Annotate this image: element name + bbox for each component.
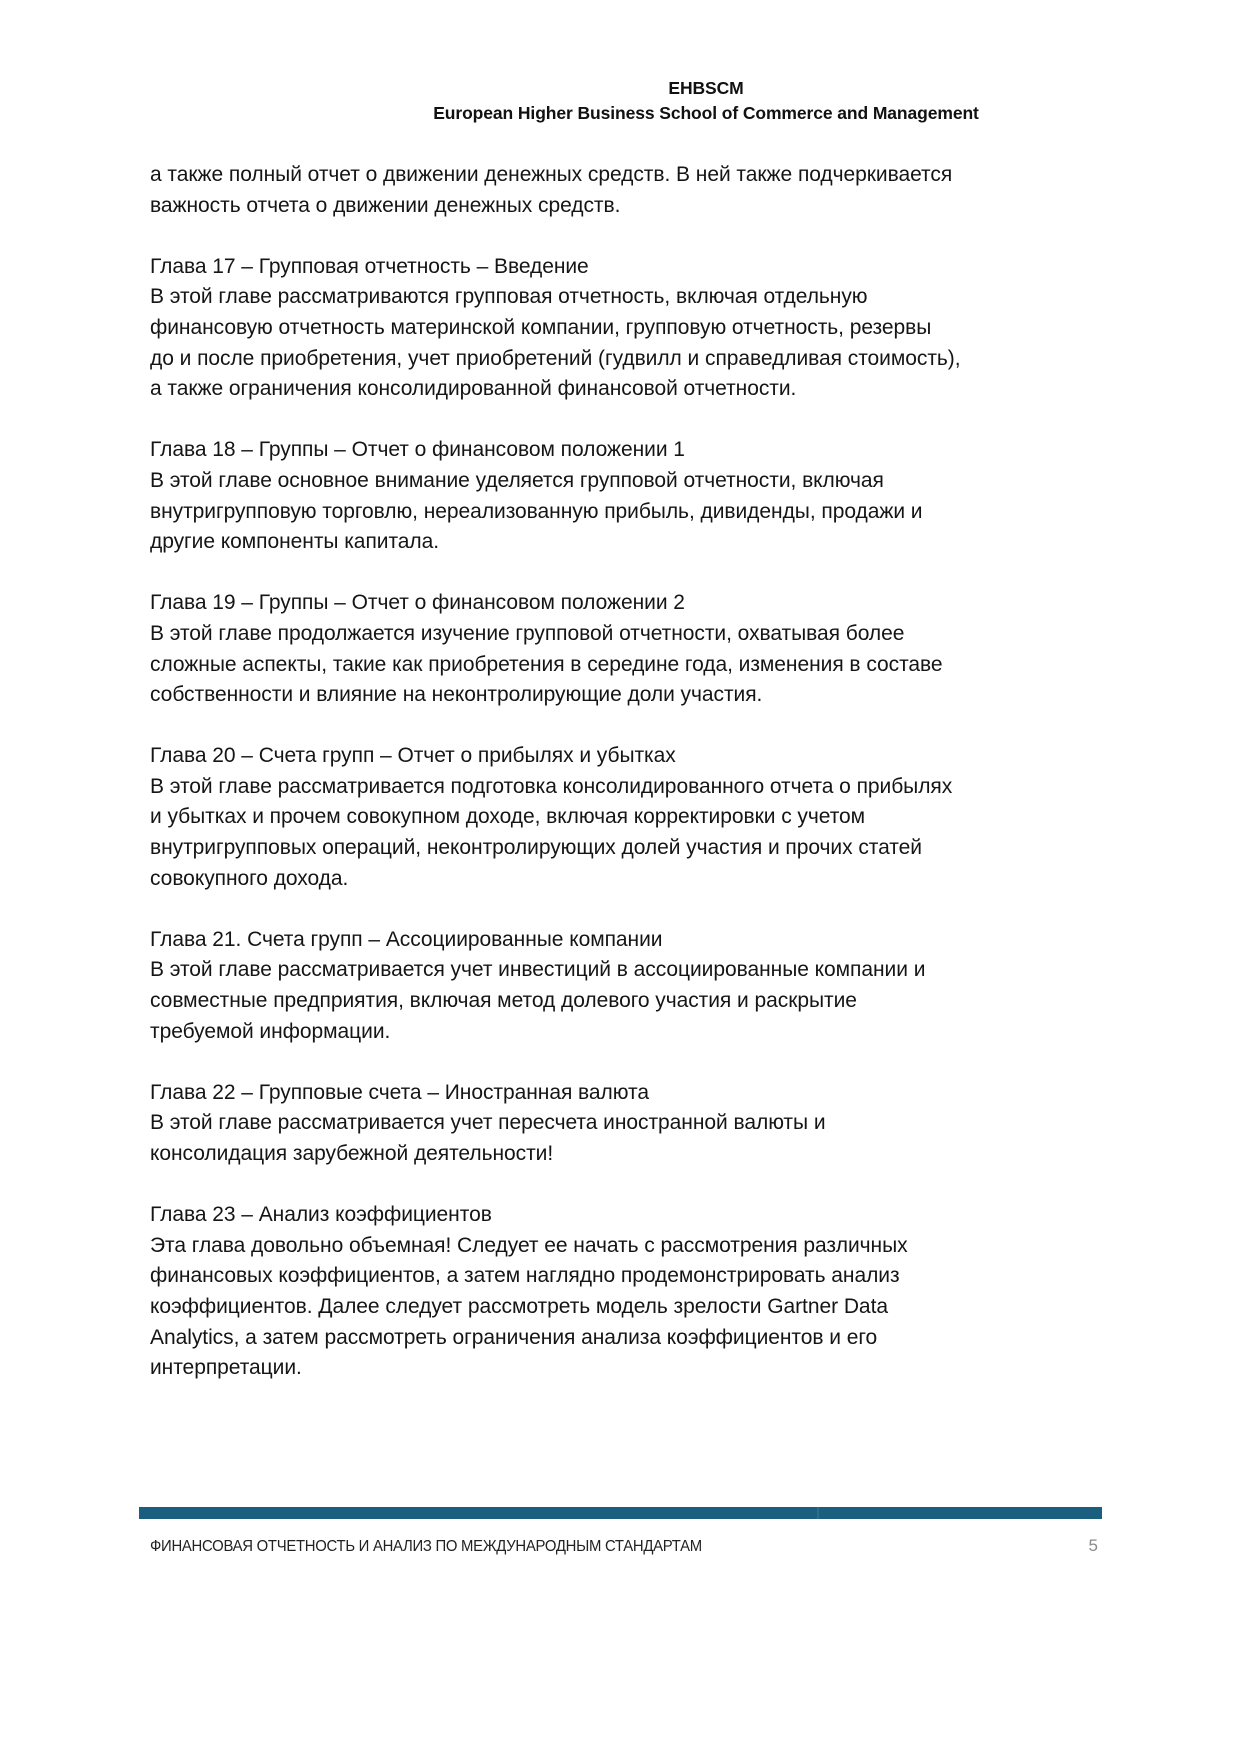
text-line: В этой главе продолжается изучение групп… <box>150 619 1110 650</box>
text-line: Analytics, а затем рассмотреть ограничен… <box>150 1323 1110 1354</box>
chapter-21: Глава 21. Счета групп – Ассоциированные … <box>150 925 1110 1047</box>
text-line: до и после приобретения, учет приобретен… <box>150 344 1110 375</box>
text-line: и убытках и прочем совокупном доходе, вк… <box>150 802 1110 833</box>
text-line: другие компоненты капитала. <box>150 527 1110 558</box>
text-line: внутригрупповую торговлю, нереализованну… <box>150 497 1110 528</box>
text-line: а также полный отчет о движении денежных… <box>150 160 1110 191</box>
chapter-23: Глава 23 – Анализ коэффициентов Эта глав… <box>150 1200 1110 1384</box>
text-line: а также ограничения консолидированной фи… <box>150 374 1110 405</box>
chapter-title: Глава 19 – Группы – Отчет о финансовом п… <box>150 588 1110 619</box>
text-line: совместные предприятия, включая метод до… <box>150 986 1110 1017</box>
text-line: финансовую отчетность материнской компан… <box>150 313 1110 344</box>
chapter-19: Глава 19 – Группы – Отчет о финансовом п… <box>150 588 1110 710</box>
chapter-20: Глава 20 – Счета групп – Отчет о прибыля… <box>150 741 1110 894</box>
chapter-18: Глава 18 – Группы – Отчет о финансовом п… <box>150 435 1110 557</box>
chapter-title: Глава 18 – Группы – Отчет о финансовом п… <box>150 435 1110 466</box>
text-line: внутригрупповых операций, неконтролирующ… <box>150 833 1110 864</box>
text-line: совокупного дохода. <box>150 864 1110 895</box>
chapter-title: Глава 22 – Групповые счета – Иностранная… <box>150 1078 1110 1109</box>
footer-bar-seam <box>817 1507 819 1519</box>
text-line: финансовых коэффициентов, а затем нагляд… <box>150 1261 1110 1292</box>
intro-paragraph: а также полный отчет о движении денежных… <box>150 160 1110 221</box>
text-line: собственности и влияние на неконтролирую… <box>150 680 1110 711</box>
text-line: В этой главе основное внимание уделяется… <box>150 466 1110 497</box>
chapter-title: Глава 21. Счета групп – Ассоциированные … <box>150 925 1110 956</box>
page-number: 5 <box>1078 1537 1098 1555</box>
chapter-title: Глава 20 – Счета групп – Отчет о прибыля… <box>150 741 1110 772</box>
text-line: консолидация зарубежной деятельности! <box>150 1139 1110 1170</box>
text-line: Эта глава довольно объемная! Следует ее … <box>150 1231 1110 1262</box>
text-line: В этой главе рассматривается учет пересч… <box>150 1108 1110 1139</box>
text-line: требуемой информации. <box>150 1017 1110 1048</box>
text-line: сложные аспекты, такие как приобретения … <box>150 650 1110 681</box>
text-line: интерпретации. <box>150 1353 1110 1384</box>
school-acronym: EHBSCM <box>396 76 1016 101</box>
chapter-title: Глава 17 – Групповая отчетность – Введен… <box>150 252 1110 283</box>
document-body: а также полный отчет о движении денежных… <box>150 160 1110 1384</box>
school-name: European Higher Business School of Comme… <box>396 101 1016 126</box>
chapter-17: Глава 17 – Групповая отчетность – Введен… <box>150 252 1110 405</box>
text-line: В этой главе рассматривается учет инвест… <box>150 955 1110 986</box>
text-line: коэффициентов. Далее следует рассмотреть… <box>150 1292 1110 1323</box>
page-header: EHBSCM European Higher Business School o… <box>396 76 1016 126</box>
text-line: важность отчета о движении денежных сред… <box>150 191 1110 222</box>
chapter-22: Глава 22 – Групповые счета – Иностранная… <box>150 1078 1110 1170</box>
footer-title: ФИНАНСОВАЯ ОТЧЕТНОСТЬ И АНАЛИЗ ПО МЕЖДУН… <box>150 1538 702 1556</box>
footer-divider-bar <box>139 1507 1102 1519</box>
text-line: В этой главе рассматриваются групповая о… <box>150 282 1110 313</box>
chapter-title: Глава 23 – Анализ коэффициентов <box>150 1200 1110 1231</box>
text-line: В этой главе рассматривается подготовка … <box>150 772 1110 803</box>
